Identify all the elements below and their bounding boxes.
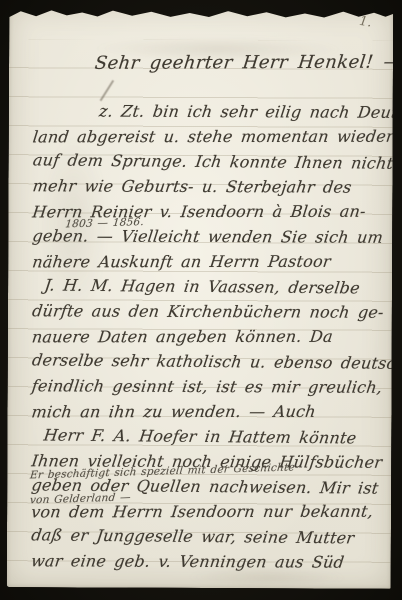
handwritten-line: J. H. M. Hagen in Vaassen, derselbe	[30, 275, 387, 303]
photographed-letter: 1. Sehr geehrter Herr Henkel! — z. Zt. b…	[0, 0, 402, 600]
letter-paper-sheet: 1. Sehr geehrter Herr Henkel! — z. Zt. b…	[7, 5, 394, 589]
handwritten-line: nähere Auskunft an Herrn Pastoor	[30, 252, 387, 278]
salutation-line: Sehr geehrter Herr Henkel! —	[94, 52, 402, 74]
handwritten-line: nauere Daten angeben können. Da	[30, 327, 387, 353]
handwritten-line: daß er Junggeselle war, seine Mutter	[29, 525, 386, 553]
handwritten-line: feindlich gesinnt ist, ist es mir greuli…	[30, 376, 387, 403]
letter-body: z. Zt. bin ich sehr eilig nach Deutsch-l…	[31, 101, 387, 578]
handwritten-line: war eine geb. v. Venningen aus Süd	[29, 551, 386, 578]
handwritten-line: mich an ihn zu wenden. — Auch	[30, 402, 387, 428]
handwritten-line: von dem Herrn Isendoorn nur bekannt,	[29, 502, 386, 528]
page-number: 1.	[358, 14, 372, 31]
handwritten-line: z. Zt. bin ich sehr eilig nach Deutsch-	[31, 101, 388, 128]
handwritten-line: geben. — Vielleicht wenden Sie sich um	[31, 226, 388, 253]
handwritten-line: dürfte aus den Kirchenbüchern noch ge-	[30, 301, 387, 328]
handwritten-line: mehr wie Geburts- u. Sterbejahr des	[31, 176, 388, 203]
handwritten-line: auf dem Sprunge. Ich konnte Ihnen nicht	[31, 150, 388, 178]
handwritten-line: land abgereist u. stehe momentan wieder	[31, 127, 388, 153]
handwritten-line: derselbe sehr katholisch u. ebenso deuts…	[30, 350, 387, 378]
handwritten-line: Herr F. A. Hoefer in Hattem könnte	[30, 425, 387, 453]
